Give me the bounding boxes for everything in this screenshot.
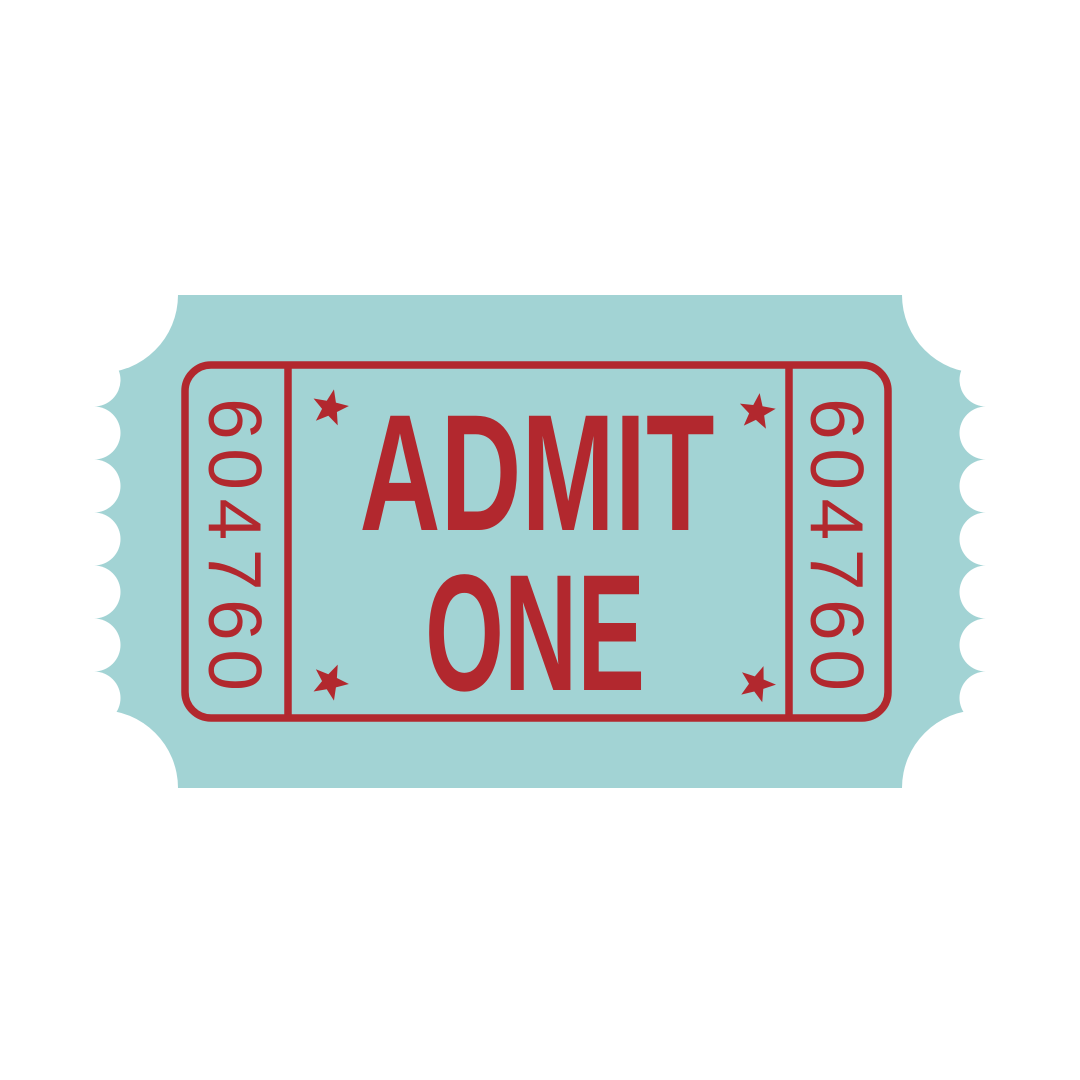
scallop-notch (68, 619, 121, 672)
scallop-notch (960, 354, 1013, 407)
corner-cutout-top-left (22, 217, 178, 373)
one-text: ONE (425, 541, 645, 726)
corner-cutout-bottom-left (22, 710, 178, 866)
scallop-notch (68, 513, 121, 566)
scallop-notch (960, 566, 1013, 619)
illustration-canvas: 604760 604760 ADMIT ONE (0, 0, 1080, 1080)
scallop-notch (960, 460, 1013, 513)
corner-cutout-top-right (902, 217, 1058, 373)
scallop-notch (68, 354, 121, 407)
scallop-notch (68, 407, 121, 460)
scallop-notch (960, 407, 1013, 460)
scallop-notch (960, 672, 1013, 725)
scallop-notch (68, 460, 121, 513)
scallop-notch (960, 619, 1013, 672)
admit-text: ADMIT (360, 381, 715, 566)
scallop-notch (68, 566, 121, 619)
admit-one-ticket-illustration: 604760 604760 ADMIT ONE (0, 0, 1080, 1080)
scallop-notch (68, 672, 121, 725)
scallop-notch (960, 513, 1013, 566)
corner-cutout-bottom-right (902, 710, 1058, 866)
